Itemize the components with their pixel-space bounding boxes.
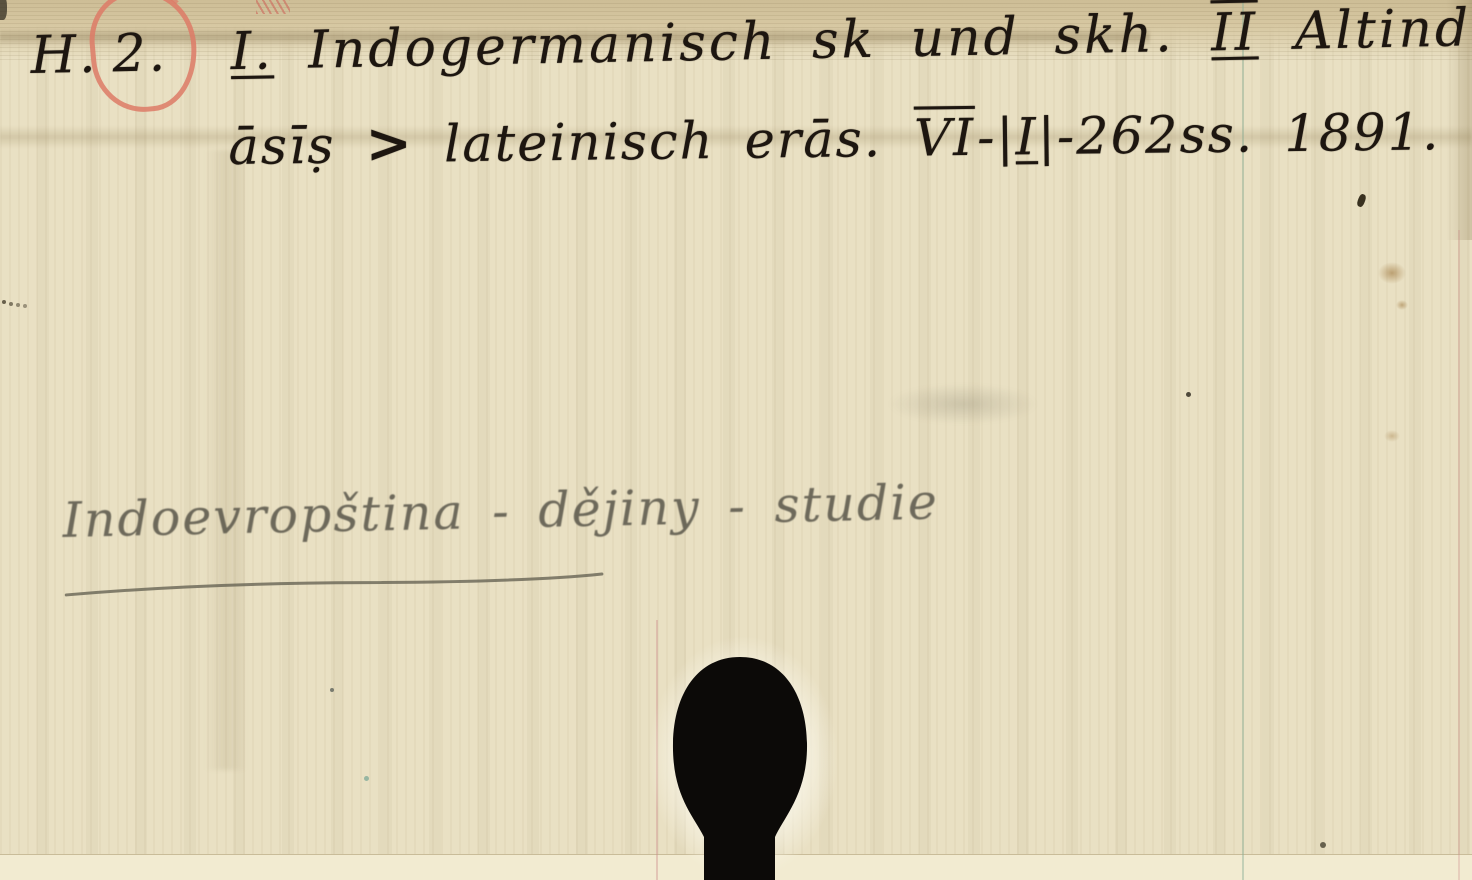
separator: -| <box>977 108 1016 167</box>
ink-speck <box>1356 193 1367 208</box>
ink-subtitle-line: āsīṣ > lateinisch erās. VI-|I|-262ss. 18… <box>228 97 1441 177</box>
teal-speck <box>364 776 369 781</box>
greater-than-symbol: > <box>365 110 414 176</box>
title-trailing-word: Altindische <box>1294 0 1472 62</box>
foxing-stain <box>1378 262 1406 284</box>
separator: |- <box>1037 108 1076 167</box>
faint-pink-rule-right <box>1458 230 1460 880</box>
catalog-card-scan: H.2. I. Indogermanisch sk und skh. II Al… <box>0 0 1472 880</box>
circled-classmark-number: 2. <box>98 21 187 91</box>
dark-speck <box>1186 392 1191 397</box>
subject-term: Indoevropština <box>62 484 465 549</box>
erased-pencil-smudge <box>888 384 1038 424</box>
subject-subterms: dějiny - studie <box>538 474 940 539</box>
dash: - <box>492 483 512 540</box>
vertical-fold-shadow <box>205 150 247 770</box>
year: 1891. <box>1284 103 1441 164</box>
page-count: 262ss. <box>1076 105 1255 166</box>
edge-specks <box>2 300 6 304</box>
pencil-underline-stroke <box>64 570 604 599</box>
classmark-letter: H. <box>30 25 99 86</box>
punch-hole <box>660 645 820 880</box>
foxing-stain <box>1396 300 1408 310</box>
pencil-subject-note: Indoevropština - dějiny - studie <box>62 474 939 549</box>
red-hatch-mark <box>256 0 290 14</box>
dark-speck <box>330 688 334 692</box>
section-numeral: I. <box>230 21 274 82</box>
sanskrit-word: āsīṣ <box>228 117 336 177</box>
roman-numeral-vi: VI <box>912 109 978 169</box>
title-text: Indogermanisch sk und skh. <box>308 4 1176 81</box>
latin-text: lateinisch erās. <box>444 110 883 174</box>
roman-numeral-two: II <box>1209 2 1261 63</box>
foxing-stain <box>1384 430 1400 442</box>
dark-speck <box>1320 842 1326 848</box>
roman-numeral-i: I <box>1015 108 1038 167</box>
